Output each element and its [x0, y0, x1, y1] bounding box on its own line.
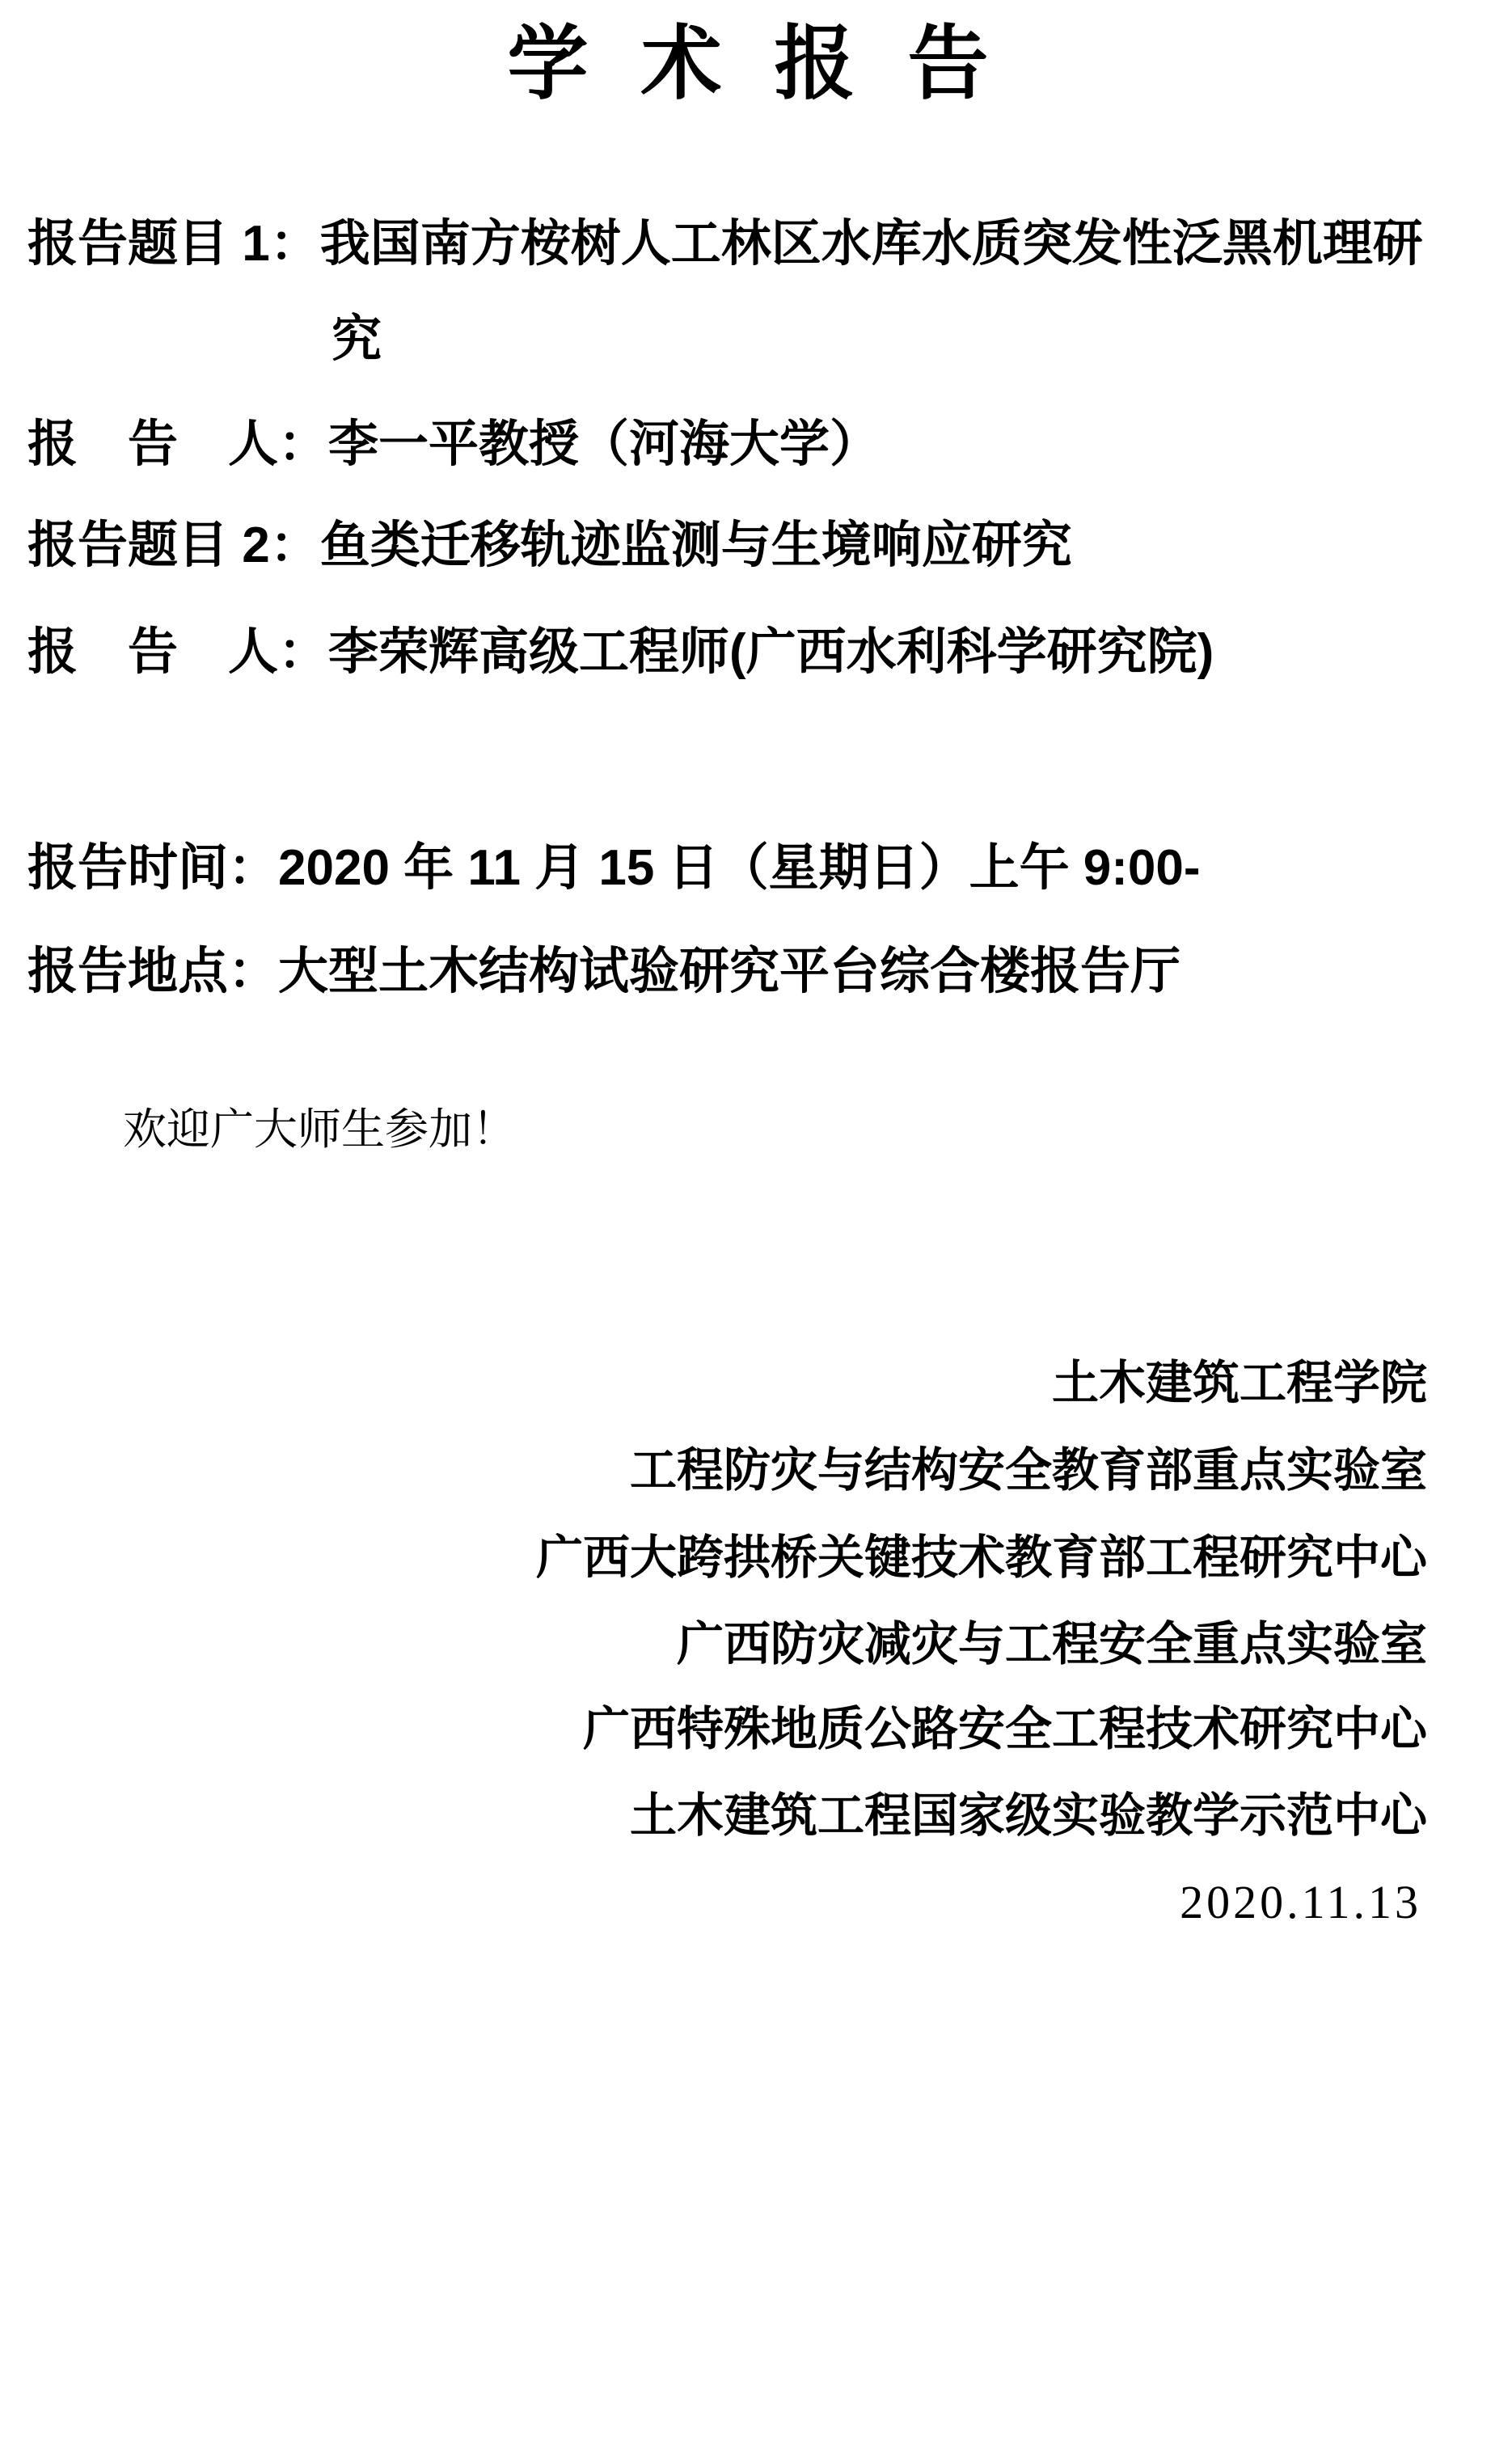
report1-speaker-line: 报 告 人：李一平教授（河海大学） [27, 416, 880, 473]
report1-topic-line2: 究 [332, 310, 382, 368]
report1-speaker-text: 李一平教授（河海大学） [328, 416, 880, 472]
organizer-item: 土木建筑工程学院 [0, 1357, 1427, 1411]
report1-topic-line1: 报告题目 1：我国南方桉树人工林区水库水质突发性泛黑机理研 [27, 215, 1423, 272]
organizer-item: 广西大跨拱桥关键技术教育部工程研究中心 [0, 1531, 1427, 1586]
report2-topic-label: 报告题目 2： [27, 517, 320, 573]
report-location-line: 报告地点：大型土木结构试验研究平台综合楼报告厅 [27, 943, 1180, 1000]
announcement-date: 2020.11.13 [0, 1876, 1421, 1930]
report2-speaker-label: 报 告 人： [27, 624, 328, 680]
report2-speaker-text: 李荣辉高级工程师(广西水利科学研究院) [328, 624, 1214, 680]
report-time-label: 报告时间： [27, 840, 278, 896]
organizer-item: 广西防灾减灾与工程安全重点实验室 [0, 1618, 1427, 1672]
report2-topic-text: 鱼类迁移轨迹监测与生境响应研究 [320, 517, 1072, 573]
report1-speaker-label: 报 告 人： [27, 416, 328, 472]
report-location-value: 大型土木结构试验研究平台综合楼报告厅 [278, 944, 1180, 999]
report-location-label: 报告地点： [27, 944, 278, 999]
report2-speaker-line: 报 告 人：李荣辉高级工程师(广西水利科学研究院) [27, 623, 1214, 681]
announcement-page: 学 术 报 告 报告题目 1：我国南方桉树人工林区水库水质突发性泛黑机理研 究 … [0, 0, 1512, 2458]
report1-topic-text: 我国南方桉树人工林区水库水质突发性泛黑机理研 [320, 216, 1423, 272]
report-time-value: 2020 年 11 月 15 日（星期日）上午 9:00- [278, 840, 1201, 896]
organizer-item: 土木建筑工程国家级实验教学示范中心 [0, 1789, 1427, 1843]
report2-topic-line: 报告题目 2：鱼类迁移轨迹监测与生境响应研究 [27, 517, 1072, 574]
organizer-item: 工程防灾与结构安全教育部重点实验室 [0, 1444, 1427, 1498]
welcome-message: 欢迎广大师生参加！ [123, 1104, 516, 1155]
organizer-item: 广西特殊地质公路安全工程技术研究中心 [0, 1703, 1427, 1757]
page-title: 学 术 报 告 [0, 18, 1512, 111]
report-time-line: 报告时间：2020 年 11 月 15 日（星期日）上午 9:00- [27, 839, 1201, 897]
report1-topic-label: 报告题目 1： [27, 216, 320, 272]
